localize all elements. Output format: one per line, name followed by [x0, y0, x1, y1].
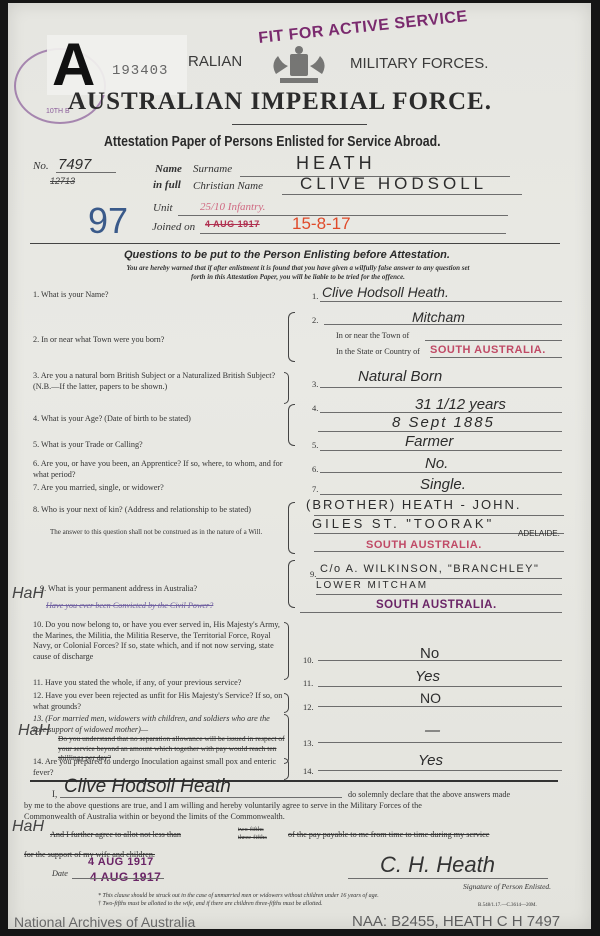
allotment-fraction-2: three-fifths: [238, 833, 267, 844]
brace-12: [284, 693, 289, 713]
answer-7-num: 7.: [312, 484, 318, 494]
no-label: No.: [33, 160, 49, 172]
unit-label: Unit: [153, 202, 173, 214]
brace-9: [288, 560, 295, 608]
answer-4-dob: 8 Sept 1885: [392, 414, 495, 431]
answer-1-line: [320, 301, 562, 302]
initials-9: HaH: [12, 585, 44, 603]
signature: C. H. Heath: [380, 852, 495, 878]
answer-10-line: [318, 660, 562, 661]
date-stamp-1: 4 AUG 1917: [88, 856, 154, 868]
question-1: 1. What is your Name?: [33, 290, 109, 301]
answer-5-num: 5.: [312, 440, 318, 450]
questions-title: Questions to be put to the Person Enlist…: [124, 249, 450, 261]
answer-1: Clive Hodsoll Heath.: [322, 284, 449, 300]
answer-5-line: [320, 450, 562, 451]
answer-9-line: [316, 578, 562, 579]
question-3: 3. Are you a natural born British Subjec…: [33, 371, 283, 392]
date-stamp-2: 4 AUG 1917: [90, 870, 161, 884]
answer-13: —: [425, 722, 440, 739]
date-label: Date: [52, 869, 68, 880]
answer-2: Mitcham: [412, 309, 465, 325]
signature-label: Signature of Person Enlisted.: [463, 882, 551, 893]
initials-13: HaH: [18, 722, 50, 740]
brace-10: [284, 622, 289, 680]
brace-14: [284, 758, 289, 780]
answer-11-num: 11.: [303, 678, 313, 688]
joined-date: 15-8-17: [292, 214, 351, 234]
footnote-2: † Two-fifths must be allotted to the wif…: [98, 901, 323, 907]
brace-3: [284, 372, 289, 404]
answer-13-line: [318, 742, 562, 743]
question-2: 2. In or near what Town were you born?: [33, 335, 164, 346]
town-line: [425, 340, 562, 341]
brace-2: [288, 312, 295, 362]
answer-11: Yes: [415, 668, 440, 685]
brace-8: [288, 502, 295, 554]
warning-line-1: You are hereby warned that if after enli…: [58, 264, 538, 272]
oval-stamp-text: 10TH B: [46, 108, 70, 115]
allotment-struck-1: And I further agree to allot not less th…: [50, 830, 181, 841]
question-9-struck: Have you ever been Convicted by the Civi…: [46, 601, 213, 612]
answer-2-line: [324, 324, 562, 325]
question-12: 12. Have you ever been rejected as unfit…: [33, 691, 285, 712]
declaration-text-3: Commonwealth of Australia within or beyo…: [24, 812, 285, 823]
declaration-text-2: by me to the above questions are true, a…: [24, 801, 564, 812]
date-line: [72, 878, 164, 879]
answer-9-line-2: [316, 594, 562, 595]
answer-12-line: [318, 706, 562, 707]
answer-12-num: 12.: [303, 702, 314, 712]
joined-struck-stamp: 4 AUG 1917: [205, 219, 260, 229]
question-6: 6. Are you, or have you been, an Apprent…: [33, 459, 285, 480]
card-serial: 193403: [112, 63, 168, 79]
question-11: 11. Have you stated the whole, if any, o…: [33, 678, 241, 689]
christian-line: [282, 194, 522, 195]
forces-right: MILITARY FORCES.: [350, 55, 488, 72]
joined-line: [200, 233, 506, 234]
question-10: 10. Do you now belong to, or have you ev…: [33, 620, 285, 662]
form-title: Attestation Paper of Persons Enlisted fo…: [104, 133, 441, 150]
declaration-prefix: I,: [52, 789, 57, 800]
initials-declaration: HaH: [12, 818, 44, 836]
question-14: 14. Are you prepared to undergo Inoculat…: [33, 757, 285, 778]
town-label: In or near the Town of: [336, 331, 409, 342]
question-9: 9. What is your permanent address in Aus…: [40, 584, 197, 595]
title-rule: [232, 124, 367, 125]
answer-9-line1: C/o A. WILKINSON, "BRANCHLEY": [320, 563, 539, 575]
answer-8-line3: ADELAIDE.: [518, 529, 560, 538]
archive-watermark: National Archives of Australia: [14, 914, 195, 930]
answer-9-line-3: [300, 612, 562, 613]
answer-13-num: 13.: [303, 738, 314, 748]
surname-value: HEATH: [296, 153, 376, 174]
print-code: B.548/1.17.—C.3614—20M.: [478, 903, 537, 908]
question-8-note: The answer to this question shall not be…: [50, 528, 282, 537]
margin-number: 97: [88, 200, 128, 242]
answer-14-line: [318, 770, 562, 771]
kin-state-stamp: SOUTH AUSTRALIA.: [366, 539, 482, 551]
answer-5: Farmer: [405, 433, 453, 450]
question-13: 13. (For married men, widowers with chil…: [33, 714, 285, 735]
allotment-struck-2: of the pay payable to me from time to ti…: [288, 830, 489, 841]
answer-8-line1: (BROTHER) HEATH - JOHN.: [306, 497, 521, 512]
answer-4-line: [320, 412, 562, 413]
no-line: [56, 172, 116, 173]
state-line: [430, 357, 562, 358]
answer-10-num: 10.: [303, 655, 314, 665]
answer-4-num: 4.: [312, 403, 318, 413]
answer-2-num: 2.: [312, 315, 318, 325]
signature-line: [348, 878, 548, 879]
answer-8-line2: GILES ST. "TOORAK": [312, 516, 494, 531]
force-title: AUSTRALIAN IMPERIAL FORCE.: [68, 88, 492, 116]
answer-1-num: 1.: [312, 291, 318, 301]
old-number: 12713: [50, 176, 75, 186]
state-label: In the State or Country of: [336, 347, 420, 358]
section-rule: [30, 243, 560, 244]
answer-3-num: 3.: [312, 379, 318, 389]
christian-name-value: CLIVE HODSOLL: [300, 174, 487, 194]
answer-11-line: [318, 686, 562, 687]
answer-6-num: 6.: [312, 464, 318, 474]
citation-watermark: NAA: B2455, HEATH C H 7497: [352, 913, 560, 930]
answer-3-line: [320, 387, 562, 388]
answer-12: NO: [420, 690, 441, 706]
name-label: Name: [155, 163, 182, 175]
forces-left: RALIAN: [188, 53, 242, 70]
unit-value: 25/10 Infantry.: [200, 201, 265, 213]
answer-6: No.: [425, 455, 448, 472]
answer-9-line2: LOWER MITCHAM: [316, 580, 428, 591]
answer-6-line: [320, 472, 562, 473]
coat-of-arms-icon: [266, 44, 332, 88]
state-stamp-2: SOUTH AUSTRALIA.: [430, 344, 546, 356]
answer-7: Single.: [420, 476, 466, 493]
answer-8-line-3: [314, 551, 564, 552]
answer-4-dob-line: [318, 431, 562, 432]
christian-name-label: Christian Name: [193, 180, 263, 192]
answer-14-num: 14.: [303, 766, 314, 776]
declarant-line: [60, 797, 342, 798]
surname-label: Surname: [193, 163, 232, 175]
service-number: 7497: [58, 156, 91, 173]
footnote-1: * This clause should be struck out in th…: [98, 893, 379, 899]
declaration-text-1: do solemnly declare that the above answe…: [348, 790, 510, 801]
declarant-name: Clive Hodsoll Heath: [64, 776, 231, 798]
joined-label: Joined on: [152, 221, 195, 233]
in-full-label: in full: [153, 179, 181, 191]
brace-4: [288, 404, 295, 446]
question-8: 8. Who is your next of kin? (Address and…: [33, 505, 283, 516]
warning-line-2: forth in this Attestation Paper, you wil…: [58, 273, 538, 281]
address-state-stamp: SOUTH AUSTRALIA.: [376, 599, 497, 611]
answer-4-age: 31 1/12 years: [415, 396, 506, 413]
answer-14: Yes: [418, 752, 443, 769]
question-4: 4. What is your Age? (Date of birth to b…: [33, 414, 191, 425]
answer-7-line: [320, 494, 562, 495]
question-7: 7. Are you married, single, or widower?: [33, 483, 164, 494]
answer-3: Natural Born: [358, 368, 442, 385]
question-5: 5. What is your Trade or Calling?: [33, 440, 143, 451]
